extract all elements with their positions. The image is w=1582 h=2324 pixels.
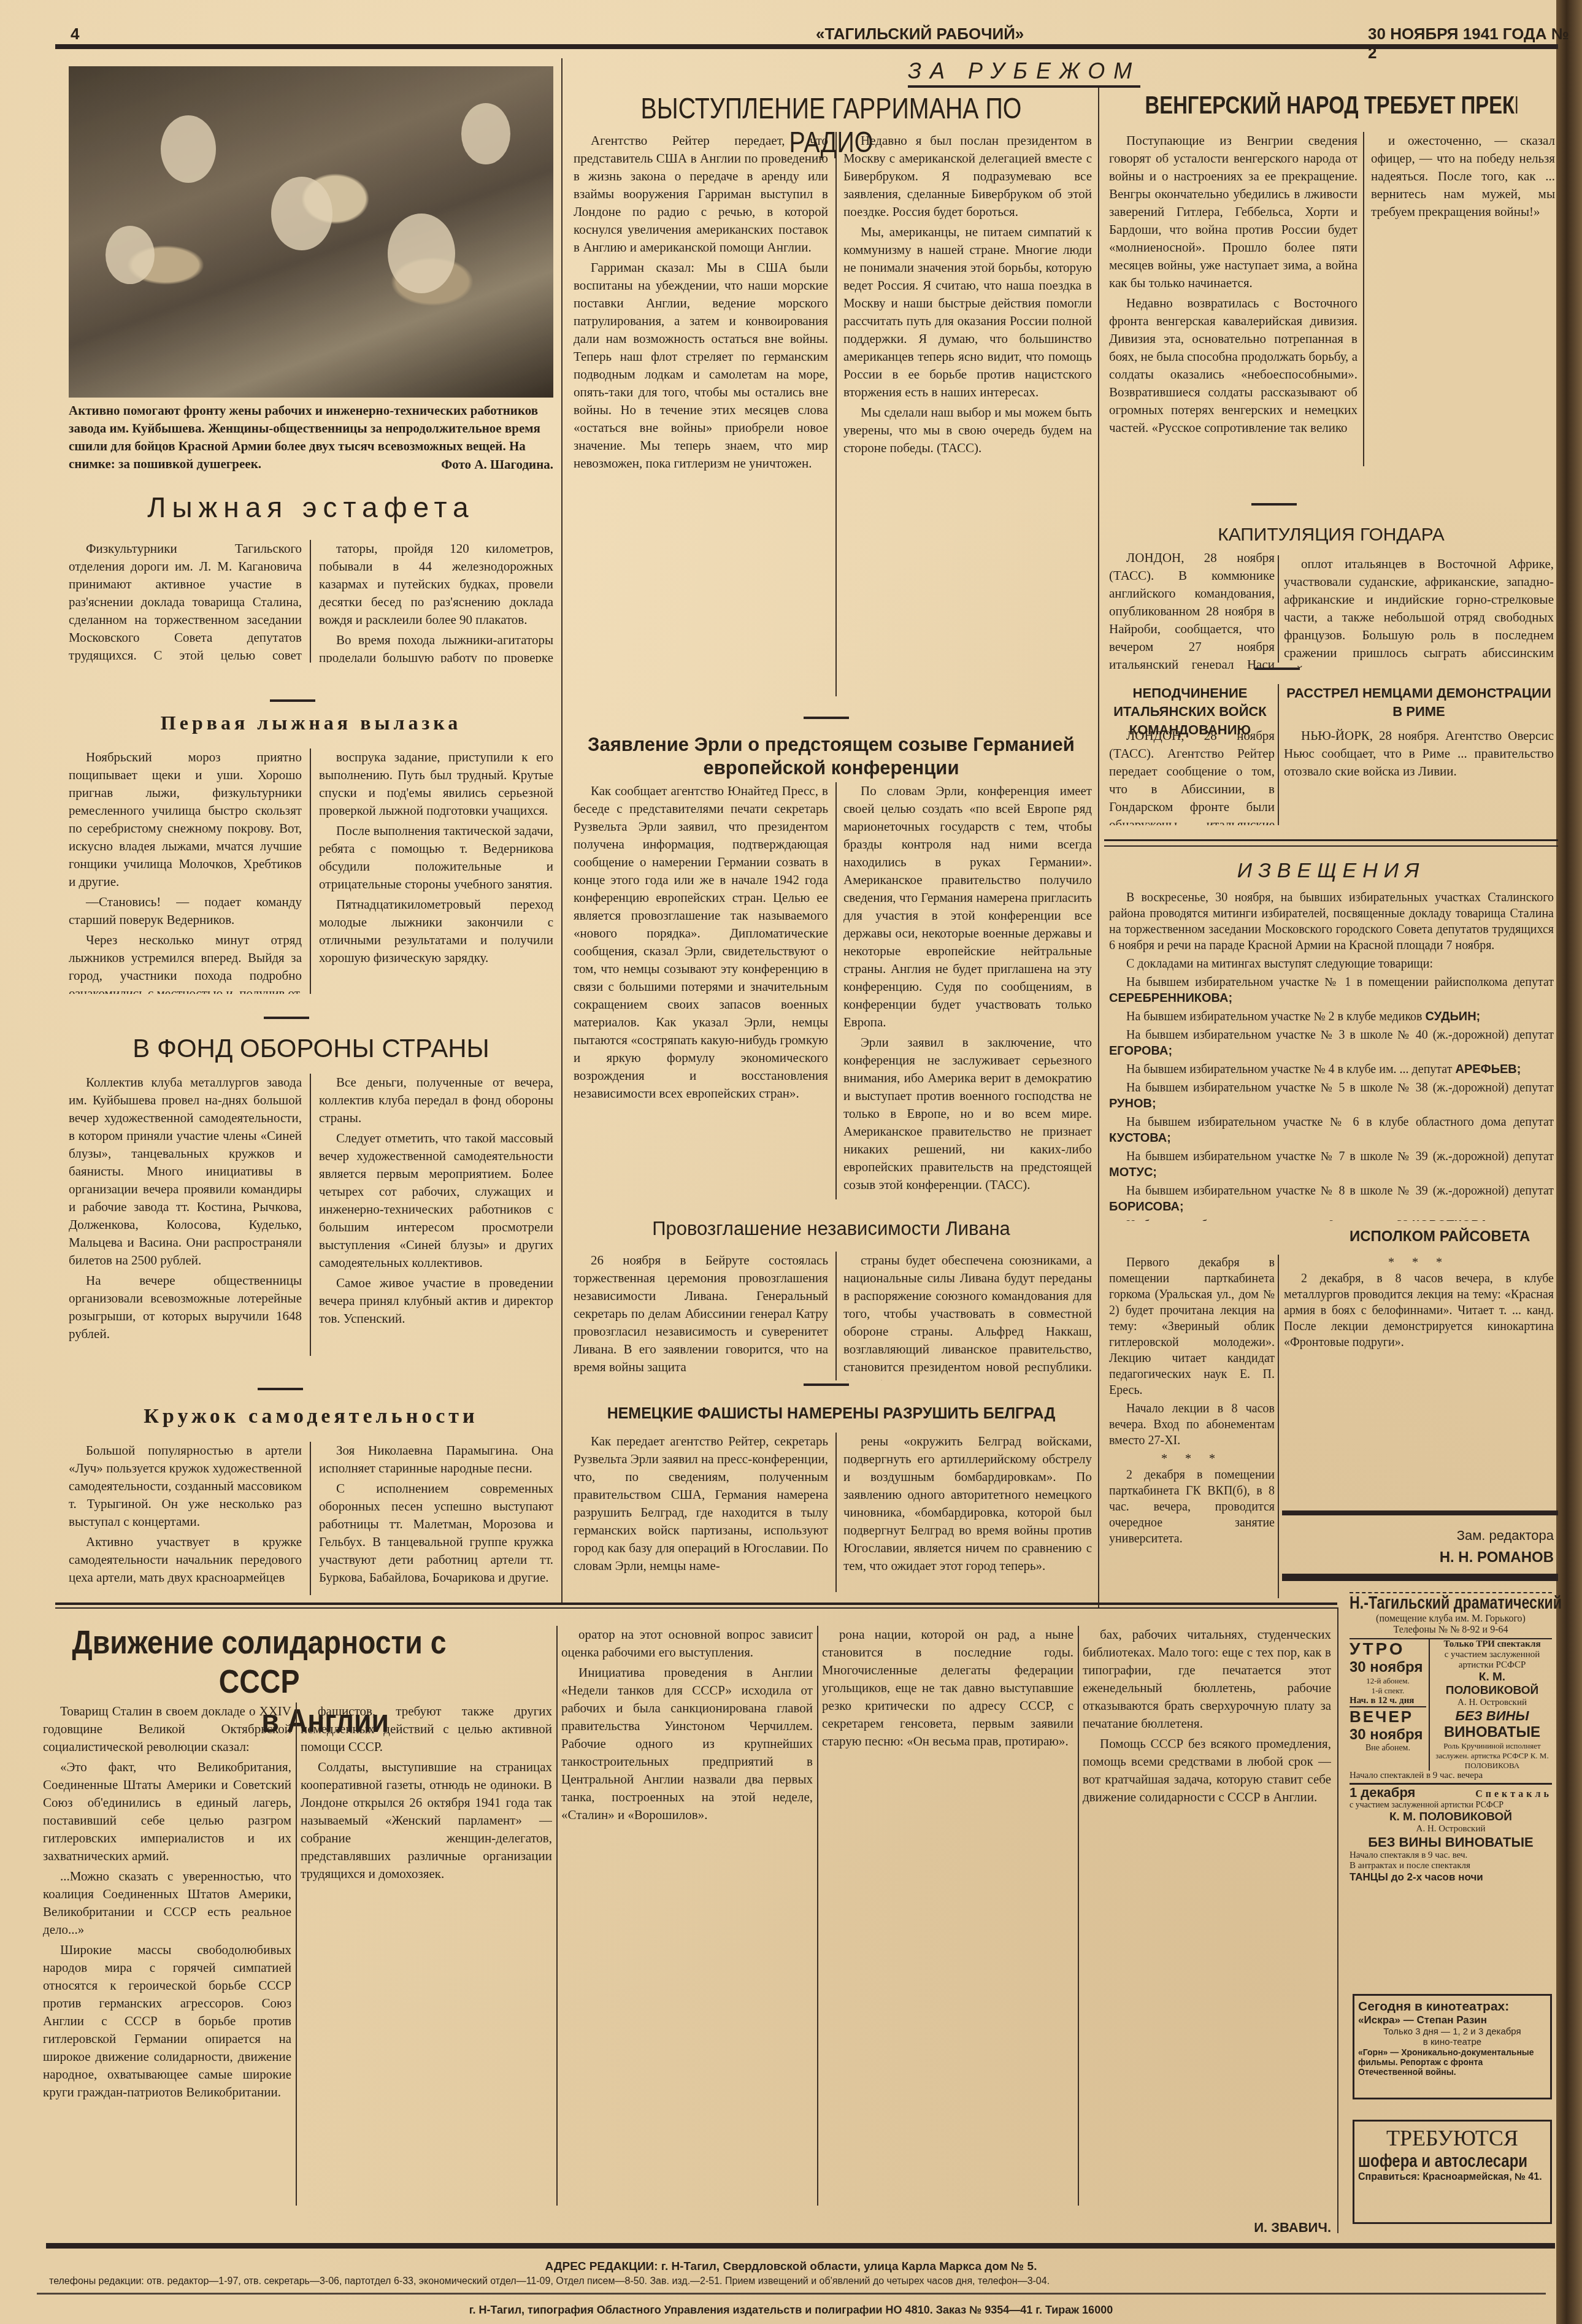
article-title: НЕМЕЦКИЕ ФАШИСТЫ НАМЕРЕНЫ РАЗРУШИТЬ БЕЛГ…: [570, 1405, 1092, 1423]
play-title: ВИНОВАТЫЕ: [1432, 1724, 1552, 1741]
play-author: А. Н. Островский: [1432, 1698, 1552, 1708]
notice-entry-speaker: РУНОВ;: [1109, 1097, 1156, 1110]
article-column: Ноябрьский мороз приятно пощипывает щеки…: [69, 748, 302, 994]
cinema-title: Сегодня в кинотеатрах:: [1358, 1999, 1546, 2014]
lecture-notice: Первого декабря в помещении парткабинета…: [1109, 1255, 1275, 1586]
article-column: рона нации, которой он рад, а ныне стано…: [822, 1626, 1073, 2206]
article-column: воспрука задание, приступили к его выпол…: [319, 748, 553, 994]
printer-info: г. Н-Тагил, типография Областного Управл…: [0, 2304, 1582, 2317]
section-label-abroad: ЗА РУБЕЖОМ: [908, 58, 1140, 88]
notice-entry-text: На бывшем избирательном участке № 2 в кл…: [1126, 1010, 1423, 1023]
notice-entry: На бывшем избирательном участке № 8 в шк…: [1109, 1183, 1554, 1215]
notice-entry-text: На бывшем избирательном участке № 9 в шк…: [1126, 1218, 1409, 1221]
notice-entry-speaker: АРЕФЬЕВ;: [1455, 1063, 1521, 1076]
notice-entry-speaker: БОРИСОВА;: [1109, 1200, 1184, 1214]
morning-label: УТРО: [1350, 1639, 1426, 1659]
dec1-start: Начало спектакля в 9 час. веч.: [1350, 1850, 1552, 1861]
masthead-rule: [55, 44, 1558, 49]
article-title: Первая лыжная вылазка: [69, 712, 553, 734]
dec1-date: 1 декабря: [1350, 1785, 1415, 1801]
notice-entry-text: На бывшем избирательном участке № 5 в шк…: [1126, 1081, 1554, 1095]
article-column: оплот итальянцев в Восточной Африке, уча…: [1284, 555, 1554, 669]
jobs-contact: Справиться: Красноармейская, № 41.: [1358, 2172, 1546, 2183]
article-column: ЛОНДОН, 28 ноября (ТАСС). В коммюнике ан…: [1109, 549, 1275, 669]
notice-entry: На бывшем избирательном участке № 5 в шк…: [1109, 1080, 1554, 1112]
article-title: Заявление Эрли о предстоящем созыве Герм…: [570, 733, 1092, 780]
article-column: 26 ноября в Бейруте состоялась торжестве…: [574, 1252, 828, 1380]
article-column: ЛОНДОН, 28 ноября (ТАСС). Агентство Рейт…: [1109, 727, 1275, 825]
column-divider: [1098, 86, 1099, 1607]
notice-entry-text: На бывшем избирательном участке № 8 в шк…: [1126, 1184, 1554, 1198]
notice-entry: На бывшем избирательном участке № 2 в кл…: [1109, 1009, 1554, 1025]
start-time: Начало спектаклей в 9 час. вечера: [1350, 1771, 1552, 1785]
notice-entry-speaker: СУДЬИН;: [1426, 1010, 1481, 1023]
binding-edge: [1556, 0, 1582, 2324]
cinema-line: в кино-театре: [1358, 2037, 1546, 2047]
article-column: Недавно я был послан президентом в Москв…: [843, 132, 1092, 696]
notices-signature: ИСПОЛКОМ РАЙСОВЕТА: [1350, 1228, 1558, 1245]
cinema-line: «Искра» — Степан Разин: [1358, 2014, 1546, 2026]
issue-date: 30 НОЯБРЯ 1941 ГОДА № 2: [1368, 25, 1582, 63]
notice-entry-speaker: КУСТОВА;: [1109, 1131, 1171, 1145]
role-note: Роль Кручининой исполняет заслужен. арти…: [1432, 1741, 1552, 1771]
notices-title: ИЗВЕЩЕНИЯ: [1104, 859, 1558, 883]
notice-entry: На бывшем избирательном участке № 7 в шк…: [1109, 1149, 1554, 1180]
notice-entry-text: На бывшем избирательном участке № 7 в шк…: [1126, 1150, 1554, 1163]
participation: с участием заслуженной артистки РСФСР: [1432, 1650, 1552, 1671]
notice-entry-text: На бывшем избирательном участке № 6 в кл…: [1126, 1115, 1554, 1129]
evening-sub: Вне абонем.: [1350, 1744, 1426, 1753]
theatre-ad: Н.-Тагильский драматический (помещение к…: [1350, 1592, 1552, 1879]
dec1-play: БЕЗ ВИНЫ ВИНОВАТЫЕ: [1350, 1834, 1552, 1850]
dec1-label: Спектакль: [1475, 1789, 1552, 1800]
notice-entry: На бывшем избирательном участке № 4 в кл…: [1109, 1061, 1554, 1077]
notice-entry-speaker: МОТУС;: [1109, 1166, 1157, 1179]
morning-date: 30 ноября: [1350, 1659, 1426, 1676]
article-column: Как сообщает агентство Юнайтед Пресс, в …: [574, 782, 828, 1199]
notice-entry-text: На бывшем избирательном участке № 1 в по…: [1126, 975, 1554, 989]
article-column: бах, рабочих читальнях, студенческих биб…: [1083, 1626, 1331, 2178]
dec1-with: с участием заслуженной артистки РСФСР: [1350, 1801, 1552, 1810]
theatre-name: Н.-Тагильский драматический: [1350, 1593, 1511, 1614]
editor-label: Зам. редактора: [1284, 1528, 1554, 1544]
article-title: КАПИТУЛЯЦИЯ ГОНДАРА: [1104, 525, 1558, 545]
article-column: Физкультурники Тагильского отделения дор…: [69, 540, 302, 663]
column-divider: [561, 58, 563, 1604]
photo-women-sewing: [69, 66, 553, 398]
article-column: НЬЮ-ЙОРК, 28 ноября. Агентство Оверсис Н…: [1284, 727, 1554, 825]
article-column: таторы, пройдя 120 километров, побывали …: [319, 540, 553, 663]
lecture-notice: * * * 2 декабря, в 8 часов вечера, в клу…: [1284, 1255, 1554, 1402]
editorial-phones: телефоны редакции: отв. редактор—1-97, о…: [49, 2276, 1552, 2287]
article-column: фашистов, требуют также других немедленн…: [301, 1703, 552, 2206]
article-column: и ожесточенно, — сказал офицер, — что на…: [1371, 132, 1555, 466]
article-title: РАССТРЕЛ НЕМЦАМИ ДЕМОНСТРАЦИИ В РИМЕ: [1284, 684, 1554, 721]
article-author: И. ЗВАВИЧ.: [1083, 2220, 1331, 2236]
article-column: страны будет обеспечена союзниками, а на…: [843, 1252, 1092, 1380]
jobs-ad: ТРЕБУЮТСЯ шофера и автослесари Справитьс…: [1353, 2120, 1552, 2224]
notice-entry: На бывшем избирательном участке № 1 в по…: [1109, 974, 1554, 1006]
notice-entry-speaker: ЕГОРОВА;: [1109, 1044, 1172, 1058]
cinema-line: «Горн» — Хроникально-документальные филь…: [1358, 2047, 1546, 2077]
dec1-dance-intro: В антрактах и после спектакля: [1350, 1861, 1552, 1871]
theatre-venue: (помещение клуба им. М. Горького): [1350, 1614, 1552, 1625]
notices-body: В воскресенье, 30 ноября, на бывших изби…: [1109, 890, 1554, 1221]
notice-entry-text: На бывшем избирательном участке № 3 в шк…: [1126, 1028, 1554, 1042]
article-title: Кружок самодеятельности: [69, 1405, 553, 1428]
jobs-subtitle: шофера и автослесари: [1358, 2151, 1509, 2172]
notice-entry: На бывшем избирательном участке № 3 в шк…: [1109, 1027, 1554, 1059]
article-column: Товарищ Сталин в своем докладе о XXIV го…: [43, 1703, 291, 2206]
editor-name: Н. Н. РОМАНОВ: [1284, 1549, 1554, 1566]
dec1-dance: ТАНЦЫ до 2-х часов ночи: [1350, 1871, 1552, 1883]
page-number: 4: [71, 25, 79, 44]
morning-time: Нач. в 12 ч. дня: [1350, 1696, 1426, 1707]
evening-label: ВЕЧЕР: [1350, 1707, 1426, 1726]
actress: К. М. ПОЛОВИКОВОЙ: [1432, 1671, 1552, 1698]
editorial-address: АДРЕС РЕДАКЦИИ: г. Н-Тагил, Свердловской…: [0, 2260, 1582, 2274]
dec1-actress: К. М. ПОЛОВИКОВОЙ: [1350, 1810, 1552, 1824]
article-column: оратор на этот основной вопрос зависит о…: [561, 1626, 813, 2206]
article-title: Лыжная эстафета: [69, 491, 553, 524]
article-title: В ФОНД ОБОРОНЫ СТРАНЫ: [69, 1034, 553, 1063]
notice-entry: На бывшем избирательном участке № 9 в шк…: [1109, 1217, 1554, 1221]
cinema-line: Только 3 дня — 1, 2 и 3 декабря: [1358, 2026, 1546, 2037]
dec1-author: А. Н. Островский: [1350, 1824, 1552, 1834]
article-column: Как передает агентство Рейтер, секретарь…: [574, 1433, 828, 1592]
theatre-phones: Телефоны № № 8-92 и 9-64: [1350, 1625, 1552, 1639]
article-column: Большой популярностью в артели «Луч» пол…: [69, 1442, 302, 1595]
newspaper-title: «ТАГИЛЬСКИЙ РАБОЧИЙ»: [816, 25, 1024, 44]
article-column: Коллектив клуба металлургов завода им. К…: [69, 1074, 302, 1356]
cinema-ad: Сегодня в кинотеатрах: «Искра» — Степан …: [1353, 1994, 1552, 2099]
article-title: ВЕНГЕРСКИЙ НАРОД ТРЕБУЕТ ПРЕКРАЩЕНИЯ ВОЙ…: [1145, 92, 1518, 120]
article-column: Агентство Рейтер передает, что представи…: [574, 132, 828, 696]
notice-entries-list: На бывшем избирательном участке № 1 в по…: [1109, 974, 1554, 1221]
article-column: Все деньги, полученные от вечера, коллек…: [319, 1074, 553, 1356]
article-column: рены «окружить Белград войсками, подверг…: [843, 1433, 1092, 1592]
photo-credit: Фото А. Шагодина.: [69, 457, 553, 472]
notice-entry-text: На бывшем избирательном участке № 4 в кл…: [1126, 1063, 1452, 1076]
notice-entry-speaker: СЕРЕБРЕННИКОВА;: [1109, 991, 1232, 1005]
article-column: Зоя Николаевна Парамыгина. Она исполняет…: [319, 1442, 553, 1595]
article-column: Поступающие из Венгрии сведения говорят …: [1109, 132, 1357, 466]
article-title: Провозглашение независимости Ливана: [570, 1218, 1092, 1240]
play-title: БЕЗ ВИНЫ: [1432, 1708, 1552, 1724]
notice-entry-speaker: КОРОТКОВА;: [1412, 1218, 1492, 1221]
only-three: Только ТРИ спектакля: [1432, 1639, 1552, 1650]
morning-sub: 1-й спект.: [1350, 1686, 1426, 1696]
evening-date: 30 ноября: [1350, 1726, 1426, 1744]
jobs-title: ТРЕБУЮТСЯ: [1358, 2125, 1546, 2151]
morning-sub: 12-й абонем.: [1350, 1676, 1426, 1686]
notice-entry: На бывшем избирательном участке № 6 в кл…: [1109, 1114, 1554, 1146]
article-column: По словам Эрли, конференция имеет своей …: [843, 782, 1092, 1199]
